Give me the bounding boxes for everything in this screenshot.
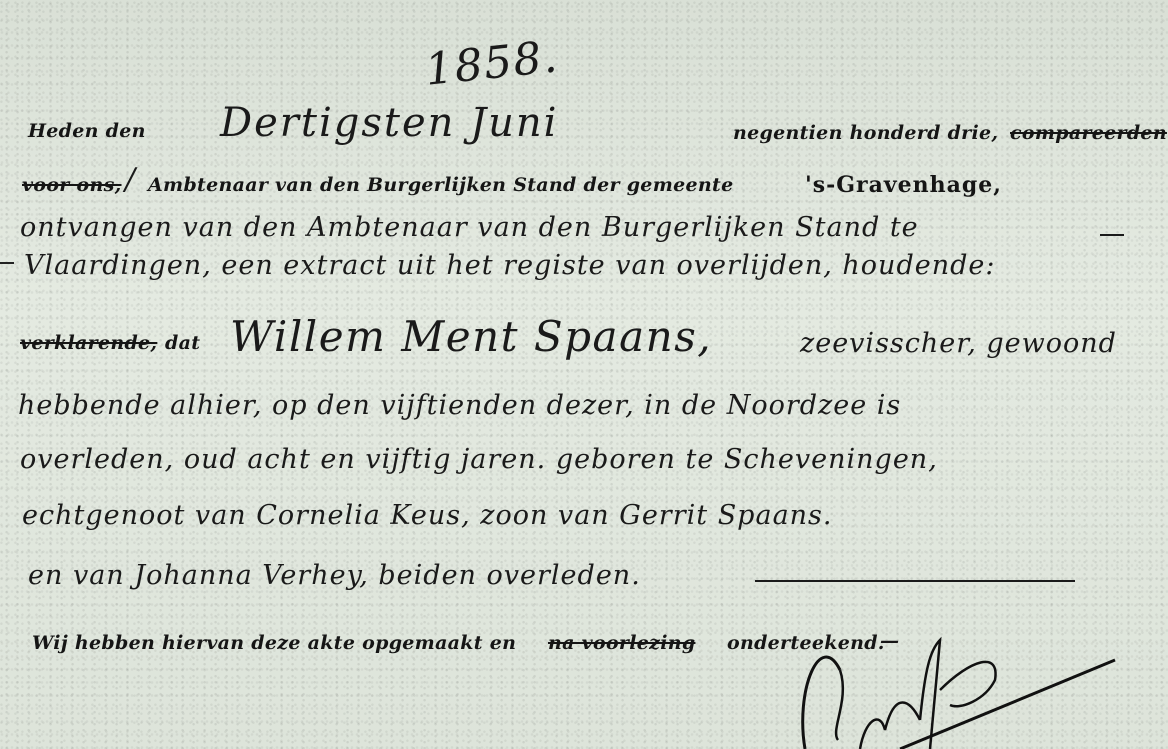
signature bbox=[800, 630, 1130, 749]
handwritten-line-7: overleden, oud acht en vijftig jaren. ge… bbox=[20, 444, 938, 475]
line-end-dash bbox=[1100, 234, 1124, 236]
printed-ambtenaar: Ambtenaar van den Burgerlijken Stand der… bbox=[148, 174, 733, 196]
struck-voor-ons: voor ons, bbox=[22, 174, 122, 196]
struck-compareerden: compareerden bbox=[1010, 122, 1167, 144]
printed-closing: Wij hebben hiervan deze akte opgemaakt e… bbox=[32, 632, 516, 654]
insertion-mark: / bbox=[125, 162, 136, 197]
handwritten-line-8: echtgenoot van Cornelia Keus, zoon van G… bbox=[22, 500, 833, 531]
printed-year-words: negentien honderd drie, bbox=[733, 122, 998, 144]
handwritten-line-9: en van Johanna Verhey, beiden overleden. bbox=[28, 560, 641, 591]
deceased-name: Willem Ment Spaans, bbox=[230, 312, 712, 361]
handwritten-line-4: Vlaardingen, een extract uit het registe… bbox=[24, 250, 995, 281]
scanned-document-page: 1858. Heden den Dertigsten Juni negentie… bbox=[0, 0, 1168, 749]
printed-dat: dat bbox=[165, 332, 200, 354]
handwritten-date: Dertigsten Juni bbox=[220, 100, 558, 146]
margin-mark bbox=[0, 262, 14, 264]
printed-heden-den: Heden den bbox=[28, 120, 146, 142]
handwritten-line-3: ontvangen van den Ambtenaar van den Burg… bbox=[20, 212, 919, 243]
closing-rule bbox=[755, 580, 1075, 582]
handwritten-line-6: hebbende alhier, op den vijftienden deze… bbox=[18, 390, 901, 421]
municipality-gravenhage: 's-Gravenhage, bbox=[805, 172, 1002, 198]
struck-verklarende: verklarende, bbox=[20, 332, 157, 354]
handwritten-occupation: zeevisscher, gewoond bbox=[800, 328, 1117, 359]
year-annotation: 1858. bbox=[423, 31, 561, 96]
struck-na-voorlezing: na voorlezing bbox=[548, 632, 695, 654]
